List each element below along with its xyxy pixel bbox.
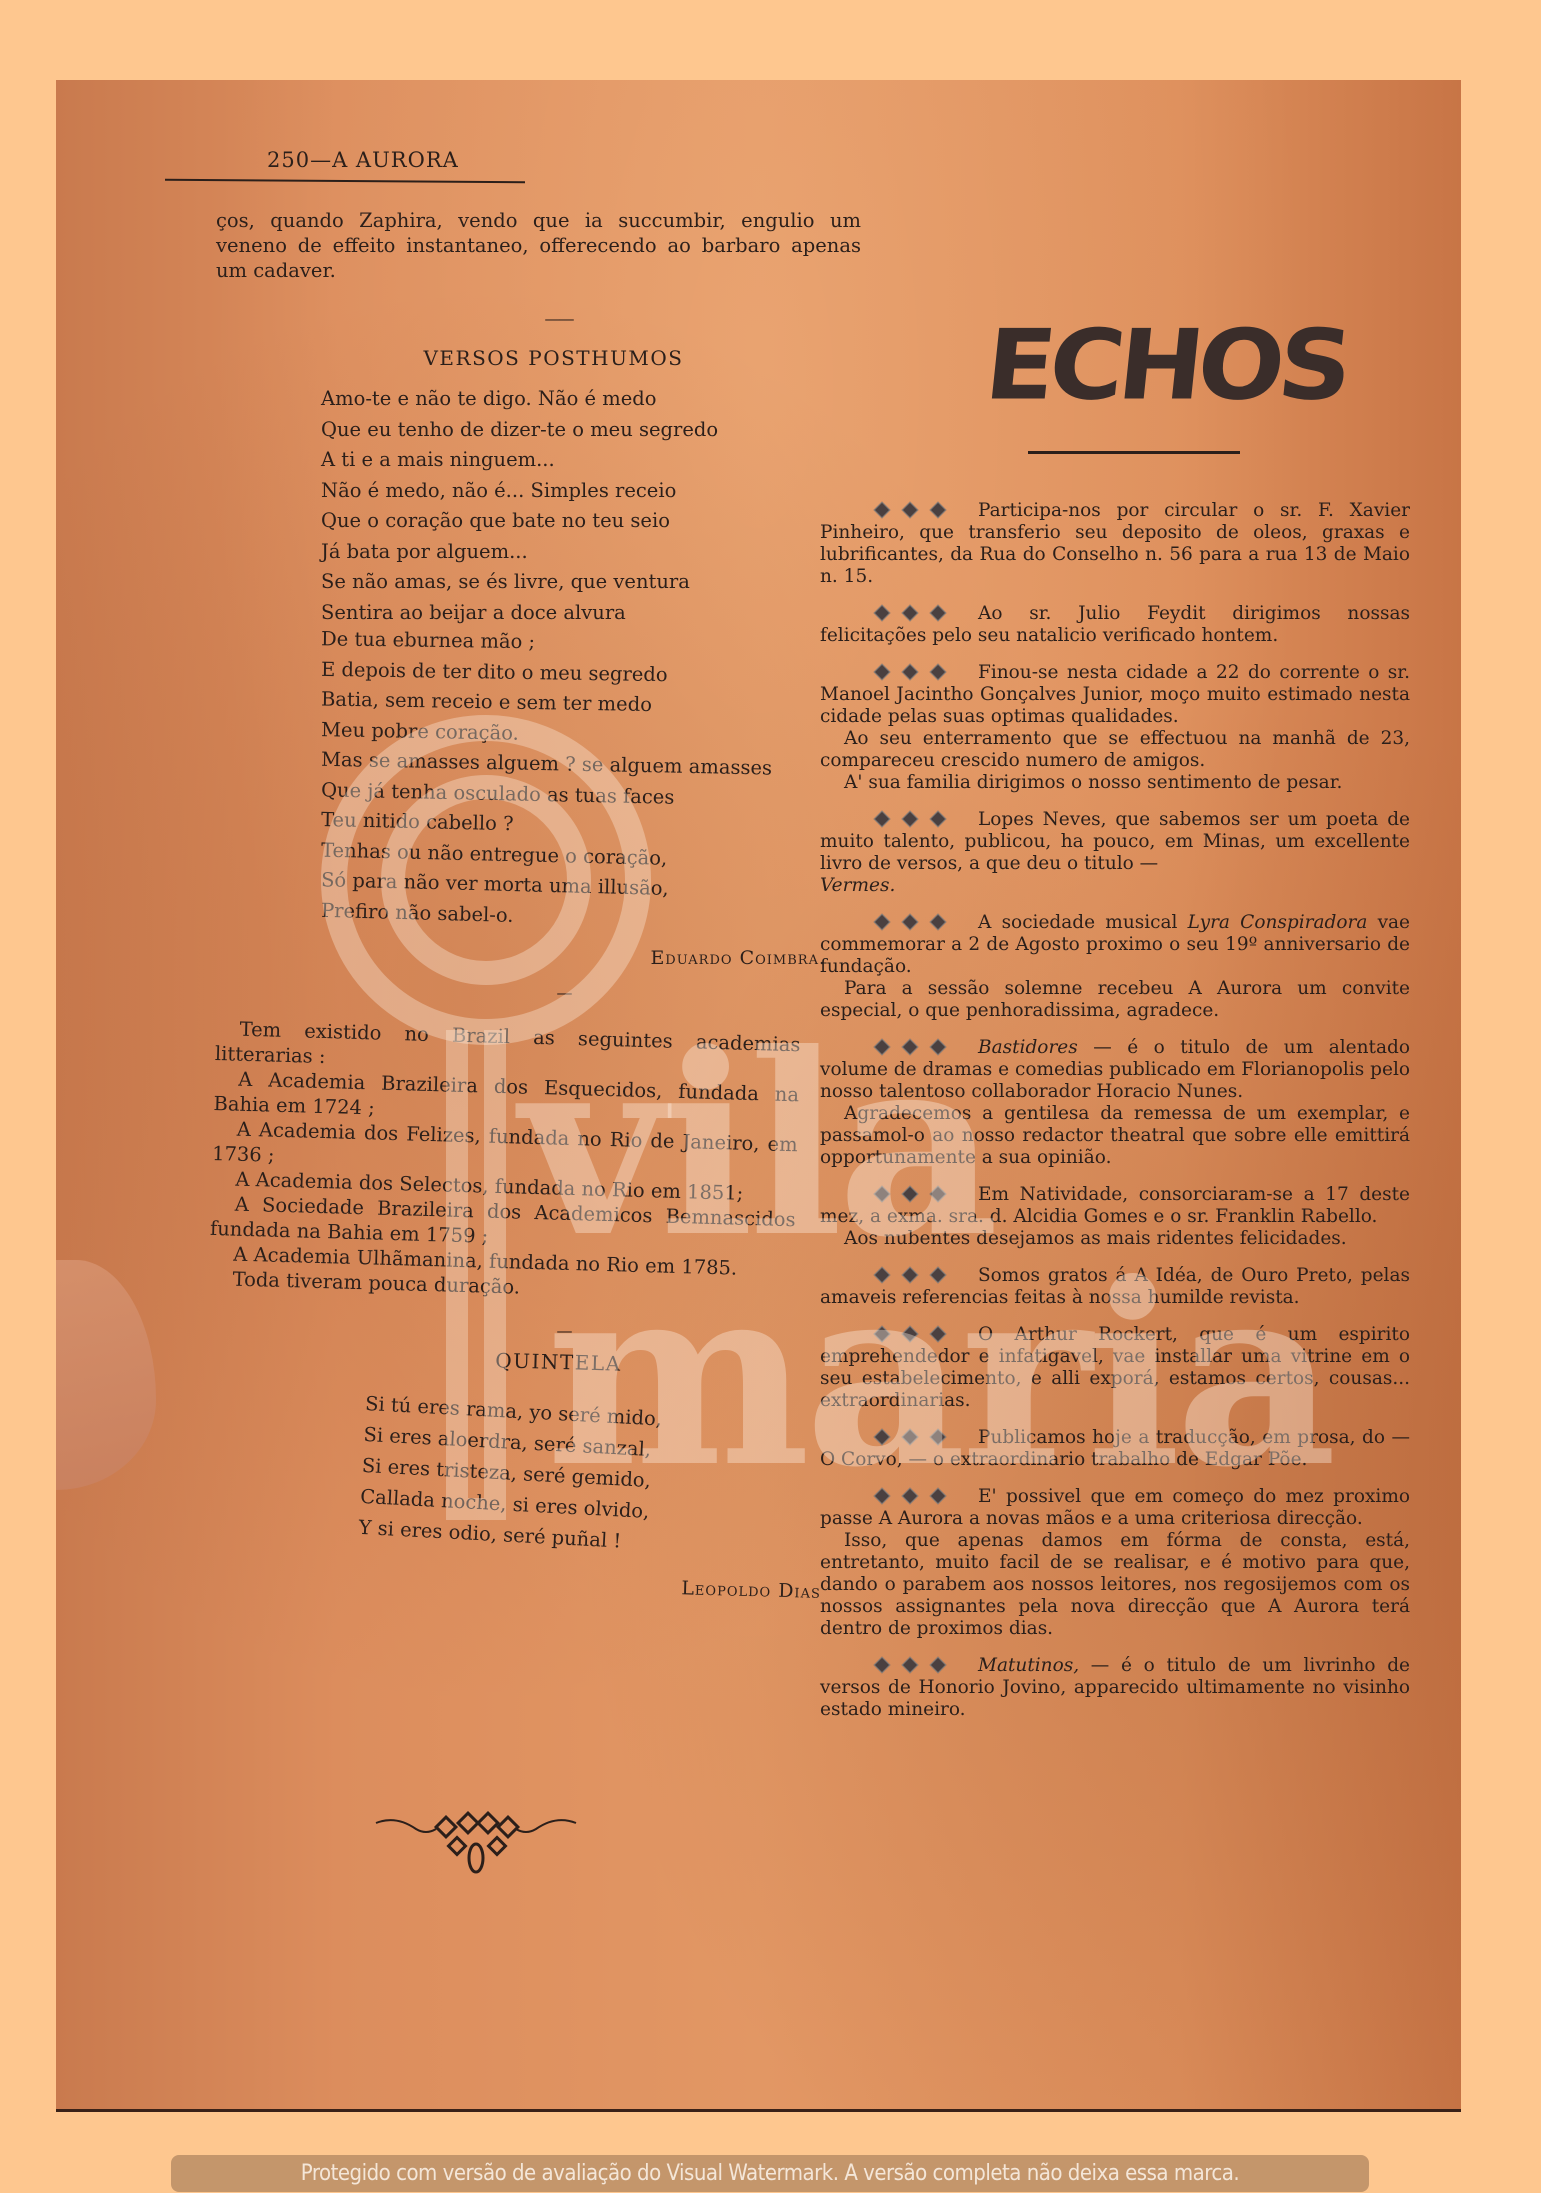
- echo-item: Matutinos, — é o titulo de um livrinho d…: [820, 1655, 1410, 1721]
- echo-item: A sociedade musical Lyra Conspiradora va…: [820, 912, 1410, 1022]
- three-diamonds-icon: [848, 1486, 960, 1508]
- poem-line: Já bata por alguem...: [321, 537, 861, 568]
- echo-paragraph: Bastidores — é o titulo de um alentado v…: [820, 1037, 1410, 1103]
- echo-paragraph: Isso, que apenas damos em fórma de const…: [820, 1530, 1410, 1640]
- echo-paragraph: A sociedade musical Lyra Conspiradora va…: [820, 912, 1410, 978]
- poem2-title: QUINTELA: [256, 1342, 861, 1382]
- echos-title: ECHOS: [980, 309, 1352, 422]
- echos-column: Participa-nos por circular o sr. F. Xavi…: [820, 500, 1410, 1736]
- echo-paragraph: Participa-nos por circular o sr. F. Xavi…: [820, 500, 1410, 588]
- separator3: —: [266, 1321, 861, 1340]
- echo-paragraph: Ao sr. Julio Feydit dirigimos nossas fel…: [820, 603, 1410, 647]
- echo-item: Lopes Neves, que sabemos ser um poeta de…: [820, 809, 1410, 897]
- echos-rule: [1028, 451, 1240, 454]
- poem1-title: VERSOS POSTHUMOS: [246, 346, 861, 370]
- three-diamonds-icon: [848, 1427, 960, 1449]
- echo-item: Participa-nos por circular o sr. F. Xavi…: [820, 500, 1410, 588]
- echo-paragraph: Publicamos hoje a traducção, em prosa, d…: [820, 1427, 1410, 1471]
- echos-heading: ECHOS: [970, 296, 1370, 456]
- three-diamonds-icon: [848, 500, 960, 522]
- echo-paragraph: Lopes Neves, que sabemos ser um poeta de…: [820, 809, 1410, 897]
- intro-paragraph: ços, quando Zaphira, vendo que ia succum…: [216, 208, 861, 283]
- echo-paragraph: Somos gratos á A Idéa, de Ouro Preto, pe…: [820, 1265, 1410, 1309]
- poem2-lines: Si tú eres rama, yo seré mido,Si eres al…: [358, 1388, 860, 1569]
- echo-paragraph: Finou-se nesta cidade a 22 do corrente o…: [820, 662, 1410, 728]
- three-diamonds-icon: [848, 1324, 960, 1346]
- poem2-author: Leopoldo Dias: [216, 1565, 821, 1603]
- echo-paragraph: Matutinos, — é o titulo de um livrinho d…: [820, 1655, 1410, 1721]
- three-diamonds-icon: [848, 1265, 960, 1287]
- running-head-text: 250—A AURORA: [267, 148, 459, 172]
- three-diamonds-icon: [848, 662, 960, 684]
- echo-paragraph: O Arthur Rockert, que é um espirito empr…: [820, 1324, 1410, 1412]
- poem-line: Amo-te e não te digo. Não é medo: [321, 384, 861, 415]
- separator: ——: [256, 309, 861, 328]
- poem-line: Não é medo, não é... Simples receio: [321, 476, 861, 507]
- poem-line: Se não amas, se és livre, que ventura: [321, 567, 861, 598]
- three-diamonds-icon: [848, 1655, 960, 1677]
- echo-item: Bastidores — é o titulo de um alentado v…: [820, 1037, 1410, 1169]
- page-curl: [56, 1260, 156, 1490]
- echo-item: Somos gratos á A Idéa, de Ouro Preto, pe…: [820, 1265, 1410, 1309]
- three-diamonds-icon: [848, 603, 960, 625]
- watermark-banner: Protegido com versão de avaliação do Vis…: [171, 2155, 1369, 2192]
- echo-item: Em Natividade, consorciaram-se a 17 dest…: [820, 1184, 1410, 1250]
- scanned-page: 250—A AURORA ços, quando Zaphira, vendo …: [56, 80, 1461, 2112]
- academias-article: Tem existido no Brazil as seguintes acad…: [208, 1016, 800, 1307]
- poem-line: Que o coração que bate no teu seio: [321, 506, 861, 537]
- three-diamonds-icon: [848, 1184, 960, 1206]
- echo-paragraph: E' possivel que em começo do mez proximo…: [820, 1486, 1410, 1530]
- echo-item: O Arthur Rockert, que é um espirito empr…: [820, 1324, 1410, 1412]
- poem-line: Sentira ao beijar a doce alvura: [321, 598, 861, 629]
- echo-item: E' possivel que em começo do mez proximo…: [820, 1486, 1410, 1640]
- echo-paragraph: Em Natividade, consorciaram-se a 17 dest…: [820, 1184, 1410, 1228]
- echo-paragraph: Aos nubentes desejamos as mais ridentes …: [820, 1228, 1410, 1250]
- left-column: ços, quando Zaphira, vendo que ia succum…: [216, 208, 861, 1595]
- three-diamonds-icon: [848, 912, 960, 934]
- poem-line: A ti e a mais ninguem...: [321, 445, 861, 476]
- running-head: 250—A AURORA: [165, 148, 525, 172]
- echo-item: Ao sr. Julio Feydit dirigimos nossas fel…: [820, 603, 1410, 647]
- three-diamonds-icon: [848, 1037, 960, 1059]
- echo-item: Publicamos hoje a traducção, em prosa, d…: [820, 1427, 1410, 1471]
- running-head-rule: [165, 179, 525, 184]
- echo-paragraph: Para a sessão solemne recebeu A Aurora u…: [820, 978, 1410, 1022]
- poem1-lines: Amo-te e não te digo. Não é medoQue eu t…: [321, 384, 861, 933]
- poem1-author: Eduardo Coimbra.: [216, 947, 826, 969]
- three-diamonds-icon: [848, 809, 960, 831]
- echo-item: Finou-se nesta cidade a 22 do corrente o…: [820, 662, 1410, 794]
- echo-paragraph: Agradecemos a gentilesa da remessa de um…: [820, 1103, 1410, 1169]
- echo-paragraph: A' sua familia dirigimos o nosso sentime…: [820, 772, 1410, 794]
- separator2: —: [266, 983, 861, 1002]
- ornament-icon: [371, 1808, 581, 1878]
- echo-paragraph: Ao seu enterramento que se effectuou na …: [820, 728, 1410, 772]
- poem-line: Que eu tenho de dizer-te o meu segredo: [321, 415, 861, 446]
